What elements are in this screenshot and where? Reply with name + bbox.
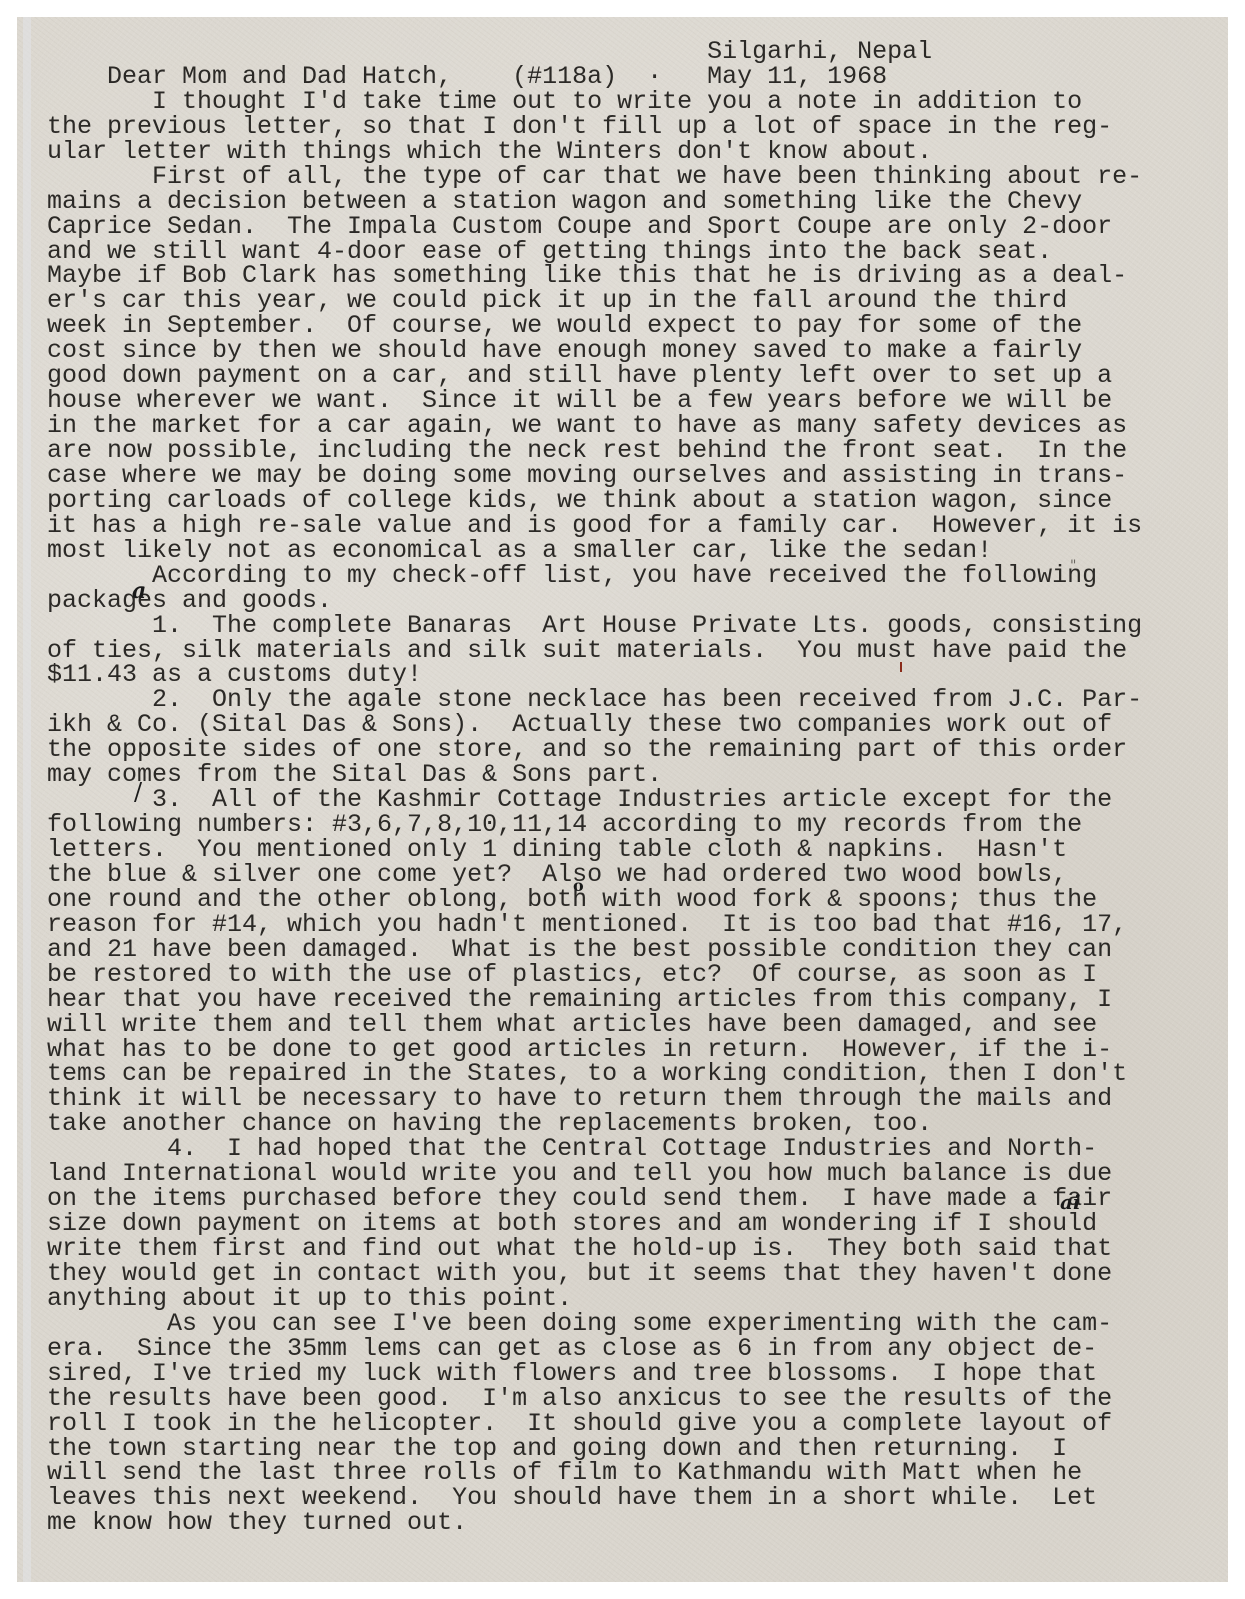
letter-body: Silgarhi, Nepal Dear Mom and Dad Hatch, … (47, 40, 1142, 1536)
handwritten-correction-o: o (573, 876, 584, 895)
text-line: and 21 have been damaged. What is the be… (47, 938, 1142, 963)
text-line: most likely not as economical as a small… (47, 539, 1142, 564)
text-line: roll I took in the helicopter. It should… (47, 1412, 1142, 1437)
closing-line: me know how they turned out. (47, 1511, 1142, 1536)
text-line: Caprice Sedan. The Impala Custom Coupe a… (47, 215, 1142, 240)
margin-tick-mark: " (1070, 558, 1076, 574)
text-line: sired, I've tried my luck with flowers a… (47, 1362, 1142, 1387)
text-line: mains a decision between a station wagon… (47, 190, 1142, 215)
text-line: packages and goods. (47, 589, 1142, 614)
handwritten-strike-mark: / (134, 778, 142, 806)
text-line: era. Since the 35mm lems can get as clos… (47, 1337, 1142, 1362)
text-line: First of all, the type of car that we ha… (47, 165, 1142, 190)
text-line: hear that you have received the remainin… (47, 988, 1142, 1013)
red-ink-tick (900, 662, 902, 672)
text-line: the results have been good. I'm also anx… (47, 1387, 1142, 1412)
text-line: reason for #14, which you hadn't mention… (47, 913, 1142, 938)
handwritten-correction-ai: ai (1060, 1190, 1081, 1214)
text-line: ular letter with things which the Winter… (47, 140, 1142, 165)
text-line: will write them and tell them what artic… (47, 1013, 1142, 1038)
text-line: the previous letter, so that I don't fil… (47, 115, 1142, 140)
paper-edge-strip (23, 17, 31, 1582)
text-line: According to my check-off list, you have… (47, 564, 1142, 589)
text-line: be restored to with the use of plastics,… (47, 963, 1142, 988)
text-line: As you can see I've been doing some expe… (47, 1312, 1142, 1337)
handwritten-correction-a: a (132, 578, 146, 604)
list-item-1: 1. The complete Banaras Art House Privat… (47, 614, 1142, 639)
text-line: it has a high re-sale value and is good … (47, 514, 1142, 539)
